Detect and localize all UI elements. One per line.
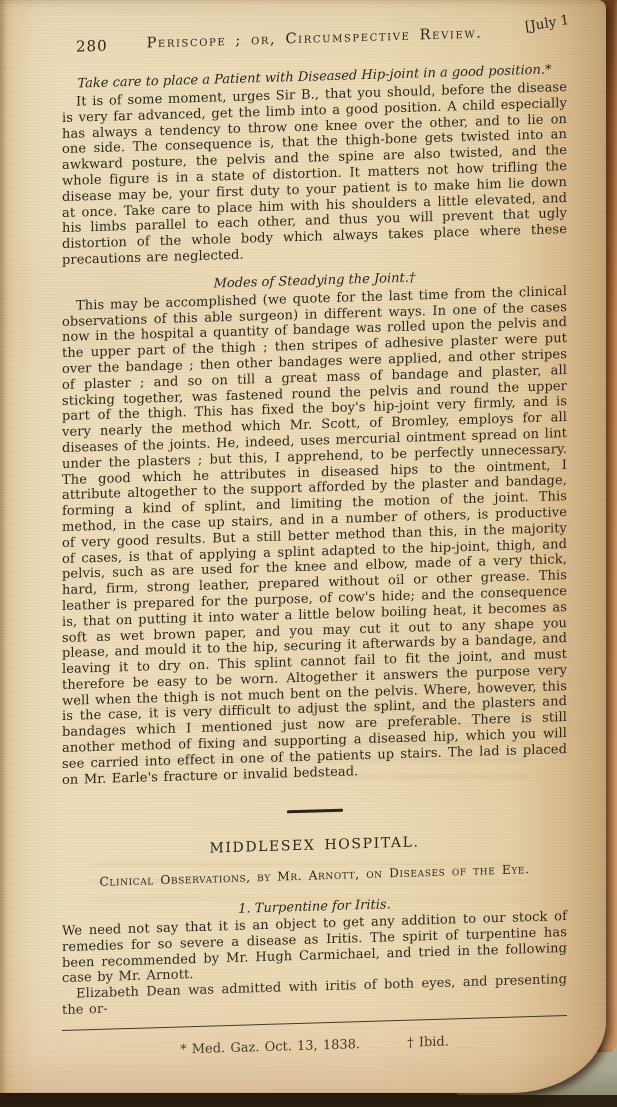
article1-paragraph: It is of some moment, urges Sir B., that… [62,80,567,269]
issue-date: [July 1 [524,12,570,35]
footnote-rule [62,1015,567,1032]
hospital-section-title: MIDDLESEX HOSPITAL. [62,830,567,861]
article2-paragraph: This may be accomplished (we quote for t… [62,284,567,789]
page-content: 280 Periscope ; or, Circumspective Revie… [62,21,567,1061]
footnote-ibid: † Ibid. [407,1035,449,1051]
scanned-book-page: 280 Periscope ; or, Circumspective Revie… [0,0,617,1107]
section-divider-rule [287,809,343,813]
page-header: 280 Periscope ; or, Circumspective Revie… [62,21,567,56]
page-number: 280 [76,37,108,56]
page-paper: 280 Periscope ; or, Circumspective Revie… [0,0,606,1093]
running-title: Periscope ; or, Circumspective Review. [147,26,483,52]
footnote-med-gaz: * Med. Gaz. Oct. 13, 1838. [180,1038,360,1058]
footnotes: * Med. Gaz. Oct. 13, 1838. † Ibid. [62,1031,567,1061]
hospital-section-subtitle: Clinical Observations, by Mr. Arnott, on… [62,861,567,890]
